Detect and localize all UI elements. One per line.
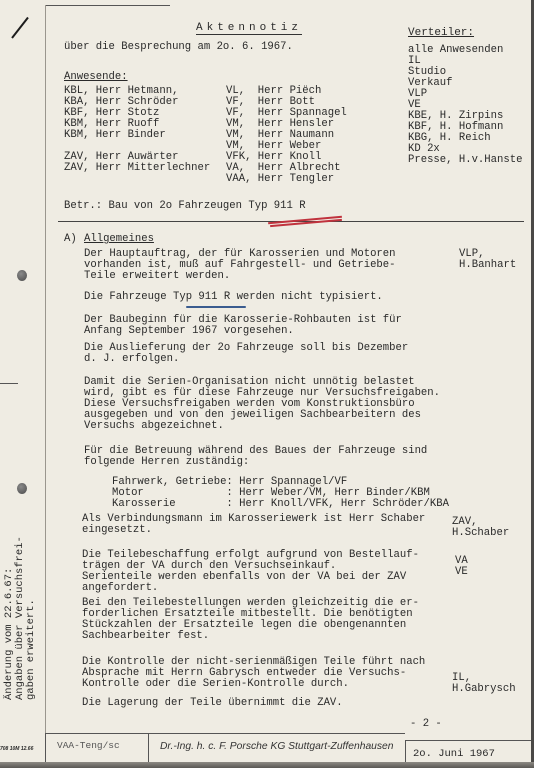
page-number: - 2 - (410, 719, 442, 730)
punch-hole-icon (17, 270, 27, 281)
paragraph: Der Hauptauftrag, der für Karosserien un… (84, 249, 396, 282)
margin-note: ZAV, H.Schaber (452, 517, 509, 539)
document-title: Aktennotiz (196, 22, 302, 35)
frame-line (45, 5, 170, 6)
distribution-item: Presse, H.v.Hanste (408, 155, 522, 166)
margin-note: IL, H.Gabrysch (452, 673, 516, 695)
margin-note: VLP, H.Banhart (459, 249, 516, 271)
subject-line: über die Besprechung am 2o. 6. 1967. (64, 42, 293, 53)
paragraph: Die Kontrolle der nicht-serienmäßigen Te… (82, 657, 425, 690)
paragraph: Der Baubeginn für die Karosserie-Rohbaut… (84, 315, 402, 337)
attendee: KBM, Herr Binder (64, 130, 166, 141)
punch-hole-icon (17, 483, 27, 494)
fold-mark (0, 383, 18, 384)
footer-company: Dr.-Ing. h. c. F. Porsche KG Stuttgart-Z… (160, 741, 394, 752)
handwritten-change-note: Änderung vom 22.6.67: Angaben über Versu… (4, 536, 37, 700)
distribution-heading: Verteiler: (408, 28, 474, 39)
paragraph: Damit die Serien-Organisation nicht unnö… (84, 377, 440, 432)
pen-slash-mark (11, 17, 29, 39)
section-title: Allgemeines (84, 234, 154, 245)
distribution-item: alle Anwesenden (408, 45, 503, 56)
blue-pencil-underline (186, 306, 246, 308)
left-margin-rule (45, 5, 46, 763)
paragraph: Die Teilebeschaffung erfolgt aufgrund vo… (82, 550, 419, 594)
paragraph: Die Auslieferung der 2o Fahrzeuge soll b… (84, 343, 408, 365)
footer-reference: VAA-Teng/sc (57, 740, 120, 751)
footer-date: 2o. Juni 1967 (413, 748, 495, 760)
attendee: VAA, Herr Tengler (226, 174, 334, 185)
form-print-code: 708 10M 12.66 (0, 746, 33, 752)
paragraph: Für die Betreuung während des Baues der … (84, 446, 427, 468)
attendees-heading: Anwesende: (64, 72, 128, 83)
page-bottom-shadow (0, 762, 534, 768)
attendee: ZAV, Herr Mitterlechner (64, 163, 210, 174)
paragraph: Bei den Teilebestellungen werden gleichz… (82, 598, 419, 642)
paragraph: Als Verbindungsmann im Karosseriewerk is… (82, 514, 425, 536)
paragraph: Die Lagerung der Teile übernimmt die ZAV… (82, 698, 343, 709)
paragraph: Die Fahrzeuge Typ 911 R werden nicht typ… (84, 292, 383, 303)
responsibility-item: Karosserie : Herr Knoll/VFK, Herr Schröd… (112, 499, 449, 510)
document-page: Aktennotiz über die Besprechung am 2o. 6… (0, 0, 534, 768)
section-label: A) (64, 234, 77, 245)
betreff-line: Betr.: Bau von 2o Fahrzeugen Typ 911 R (64, 201, 306, 212)
margin-note: VA VE (455, 556, 468, 578)
